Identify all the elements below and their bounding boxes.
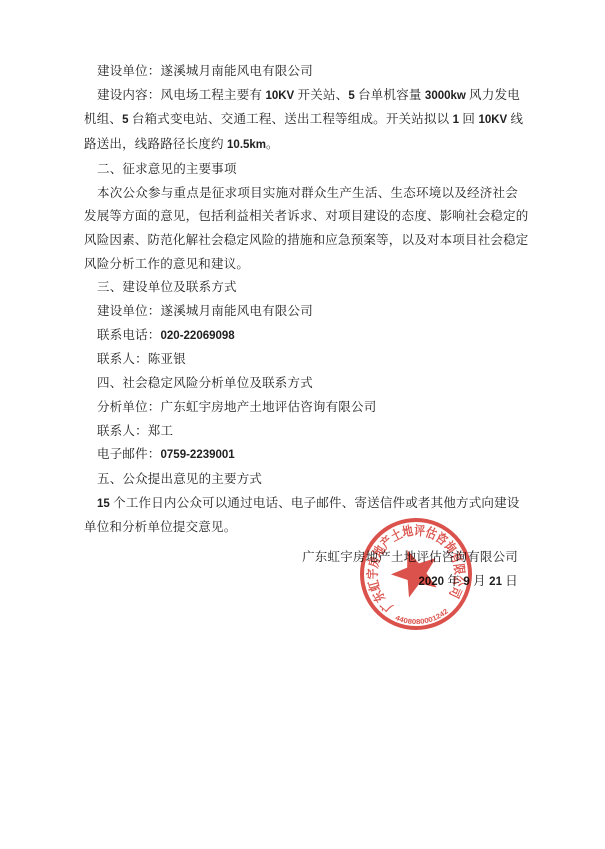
document-body: 建设单位：遂溪城月南能风电有限公司建设内容：风电场工程主要有 10KV 开关站、… [84,60,518,594]
document-line: 建设单位：遂溪城月南能风电有限公司 [84,60,518,84]
document-page: 建设单位：遂溪城月南能风电有限公司建设内容：风电场工程主要有 10KV 开关站、… [0,0,605,849]
document-line: 风险因素、防范化解社会稳定风险的措施和应急预案等，以及对本项目社会稳定 [84,229,518,253]
document-line: 建设单位：遂溪城月南能风电有限公司 [84,300,518,324]
document-line: 电子邮件：0759-2239001 [84,443,518,468]
seal-number-text: 4408080001242 [393,606,451,631]
section-heading: 三、建设单位及联系方式 [84,276,518,300]
signature-line: 广东虹宇房地产土地评估咨询有限公司 [84,546,518,570]
section-heading: 五、公众提出意见的主要方式 [84,468,518,492]
document-line: 联系人：陈亚银 [84,348,518,372]
date-line: 2020 年 9 月 21 日 [84,570,518,595]
document-line: 联系电话：020-22069098 [84,324,518,349]
document-line: 发展等方面的意见，包括利益相关者诉求、对项目建设的态度、影响社会稳定的 [84,205,518,229]
document-line: 单位和分析单位提交意见。 [84,516,518,540]
document-line: 本次公众参与重点是征求项目实施对群众生产生活、生态环境以及经济社会 [84,182,518,206]
document-line: 联系人：郑工 [84,420,518,444]
section-heading: 二、征求意见的主要事项 [84,158,518,182]
document-line: 机组、5 台箱式变电站、交通工程、送出工程等组成。开关站拟以 1 回 10KV … [84,108,518,133]
document-line: 路送出，线路路径长度约 10.5km。 [84,133,518,158]
document-line: 分析单位：广东虹宇房地产土地评估咨询有限公司 [84,396,518,420]
document-line: 风险分析工作的意见和建议。 [84,253,518,277]
section-heading: 四、社会稳定风险分析单位及联系方式 [84,372,518,396]
document-line: 建设内容：风电场工程主要有 10KV 开关站、5 台单机容量 3000kw 风力… [84,84,518,109]
document-line: 15 个工作日内公众可以通过电话、电子邮件、寄送信件或者其他方式向建设 [84,492,518,517]
svg-text:4408080001242: 4408080001242 [393,606,451,631]
